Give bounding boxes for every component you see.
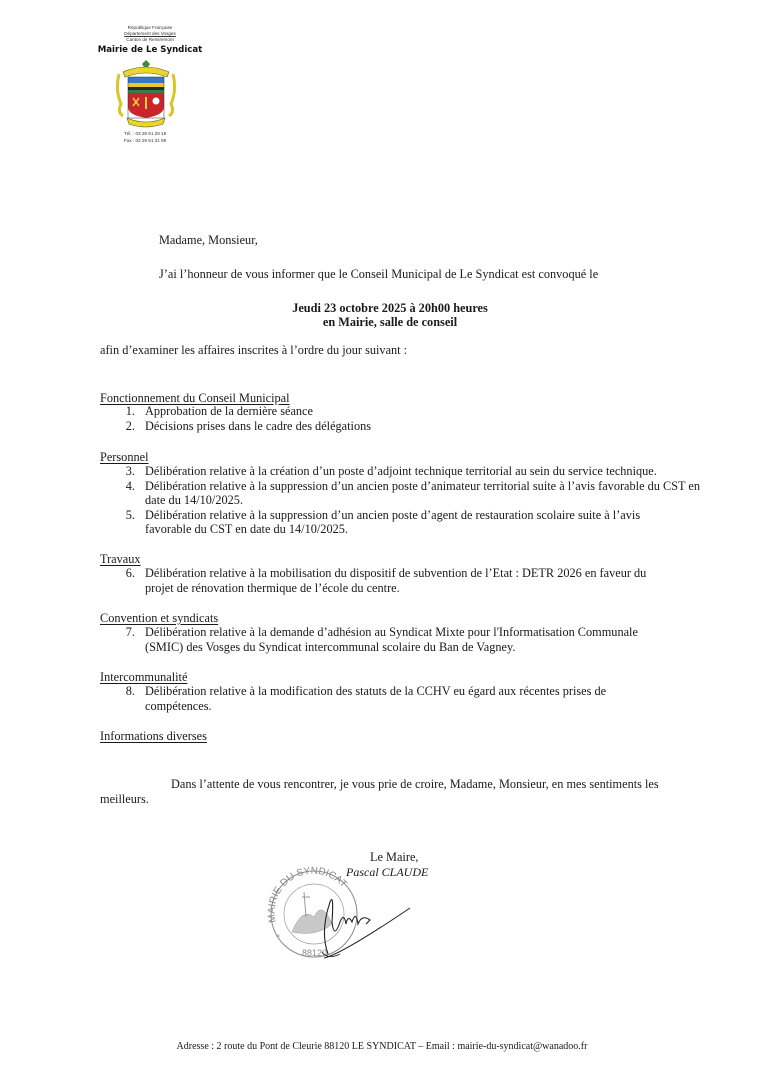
letterhead-departement: Département des Vosges — [90, 31, 210, 36]
letterhead-tel: Tél. : 03 29 61 28 18 — [124, 131, 166, 136]
section-title: Travaux — [100, 552, 141, 567]
letterhead-republique: République Française — [90, 25, 210, 30]
section-title: Convention et syndicats — [100, 611, 218, 626]
meeting-place: en Mairie, salle de conseil — [8, 315, 764, 330]
salutation: Madame, Monsieur, — [159, 233, 258, 248]
section-title: Personnel — [100, 450, 149, 465]
letterhead-fax: Fax : 03 29 61 31 99 — [124, 138, 166, 143]
letterhead-title: Mairie de Le Syndicat — [85, 45, 215, 55]
official-stamp-icon: MAIRIE DU SYNDICAT * 88120 — [262, 862, 422, 962]
letterhead-canton: Canton de Remiremont — [90, 37, 210, 42]
closing-paragraph-end: meilleurs. — [100, 792, 149, 807]
closing-paragraph: Dans l’attente de vous rencontrer, je vo… — [171, 777, 659, 792]
intro-paragraph: J’ai l’honneur de vous informer que le C… — [159, 267, 598, 282]
meeting-date: Jeudi 23 octobre 2025 à 20h00 heures — [8, 301, 764, 316]
agenda-intro: afin d’examiner les affaires inscrites à… — [100, 343, 407, 358]
section-title: Intercommunalité — [100, 670, 187, 685]
section-title: Informations diverses — [100, 729, 207, 744]
footer-address: Adresse : 2 route du Pont de Cleurie 881… — [0, 1041, 764, 1052]
coat-of-arms-icon — [115, 60, 177, 128]
svg-text:*: * — [276, 933, 280, 942]
